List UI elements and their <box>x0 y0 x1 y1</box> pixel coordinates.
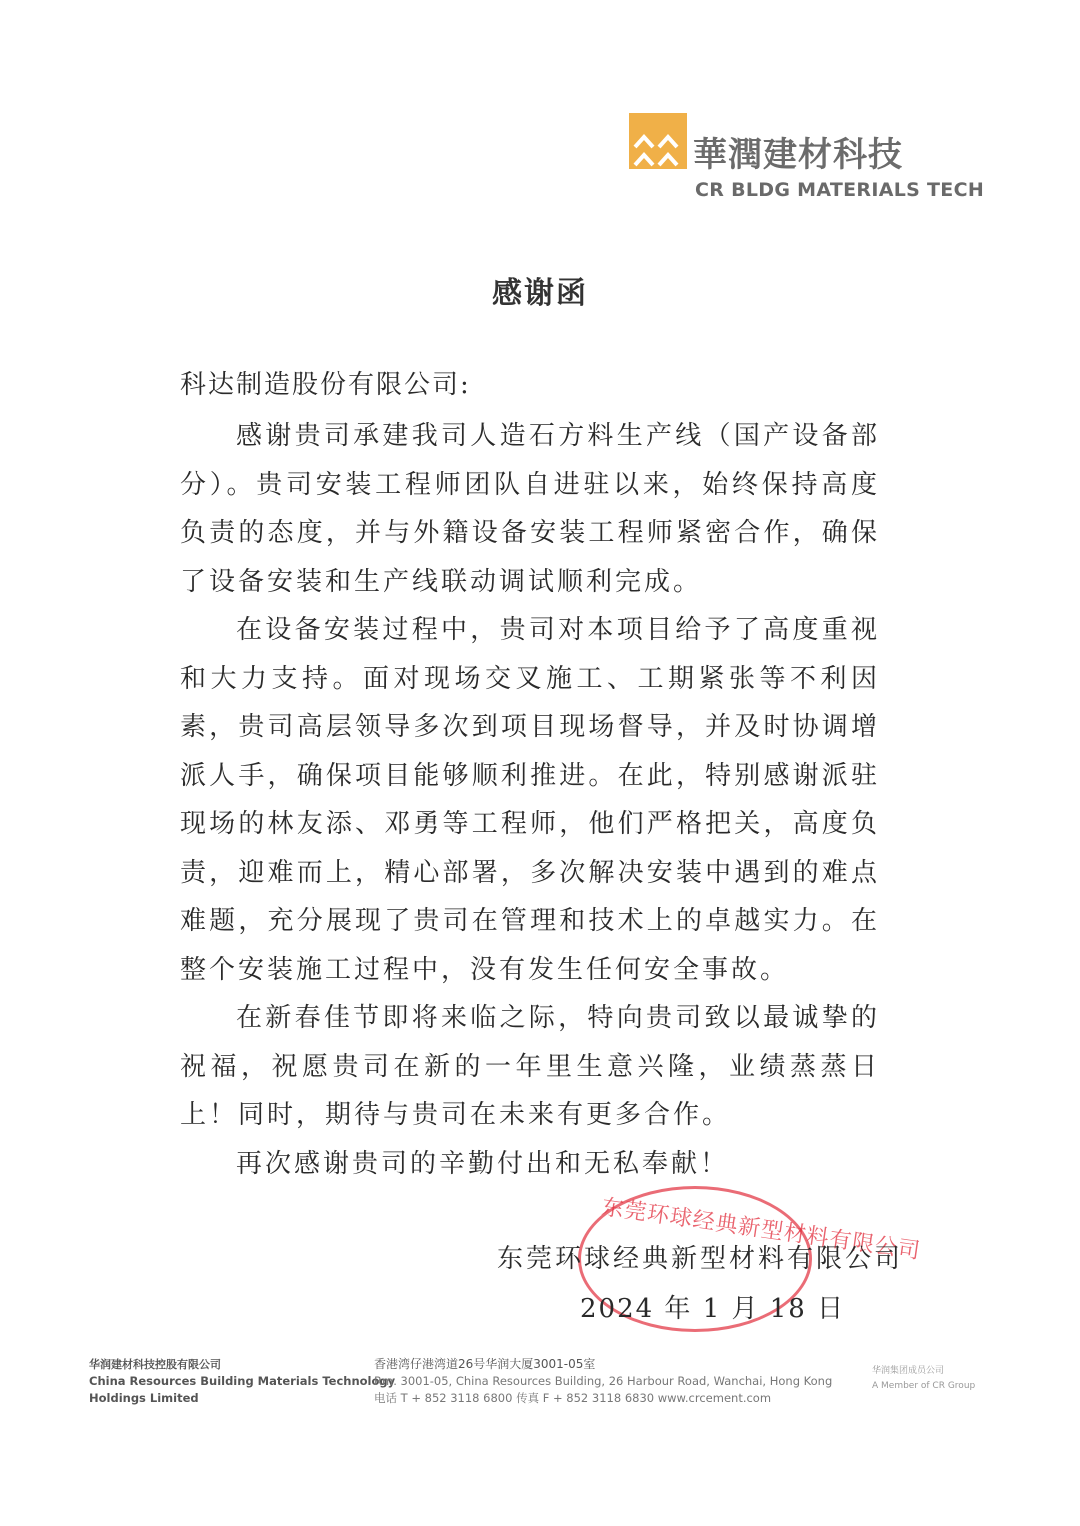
logo-english-name: CR BLDG MATERIALS TECH <box>695 179 984 201</box>
footer-address-cn: 香港湾仔港湾道26号华润大厦3001-05室 <box>374 1356 832 1373</box>
letter-title: 感谢函 <box>0 268 1080 312</box>
paragraph: 再次感谢贵司的辛勤付出和无私奉献！ <box>180 1140 880 1189</box>
paragraph: 在设备安装过程中，贵司对本项目给予了高度重视和大力支持。面对现场交叉施工、工期紧… <box>180 606 880 994</box>
footer-member-cn: 华润集团成员公司 <box>872 1364 975 1379</box>
footer-address-en: Rm. 3001-05, China Resources Building, 2… <box>374 1373 832 1390</box>
footer-address: 香港湾仔港湾道26号华润大厦3001-05室 Rm. 3001-05, Chin… <box>374 1356 832 1407</box>
logo-mountain-icon <box>629 113 687 169</box>
company-logo: 華潤建材科技 CR BLDG MATERIALS TECH <box>629 113 969 208</box>
footer-company-cn: 华润建材科技控股有限公司 <box>89 1356 395 1373</box>
signature-company: 东莞环球经典新型材料有限公司 <box>497 1238 903 1275</box>
paragraph: 在新春佳节即将来临之际，特向贵司致以最诚挚的祝福，祝愿贵司在新的一年里生意兴隆，… <box>180 994 880 1140</box>
letter-date: 2024 年 1 月 18 日 <box>580 1288 845 1325</box>
letter-body: 感谢贵司承建我司人造石方料生产线（国产设备部分）。贵司安装工程师团队自进驻以来，… <box>180 412 880 1188</box>
footer-company: 华润建材科技控股有限公司 China Resources Building Ma… <box>89 1356 395 1407</box>
footer-member: 华润集团成员公司 A Member of CR Group <box>872 1364 975 1394</box>
footer-contact: 电话 T + 852 3118 6800 传真 F + 852 3118 683… <box>374 1390 832 1407</box>
footer-company-en-line1: China Resources Building Materials Techn… <box>89 1373 395 1390</box>
logo-chinese-name: 華潤建材科技 <box>693 127 903 176</box>
salutation: 科达制造股份有限公司: <box>180 364 471 401</box>
paragraph: 感谢贵司承建我司人造石方料生产线（国产设备部分）。贵司安装工程师团队自进驻以来，… <box>180 412 880 606</box>
footer-company-en-line2: Holdings Limited <box>89 1390 395 1407</box>
footer-member-en: A Member of CR Group <box>872 1379 975 1394</box>
